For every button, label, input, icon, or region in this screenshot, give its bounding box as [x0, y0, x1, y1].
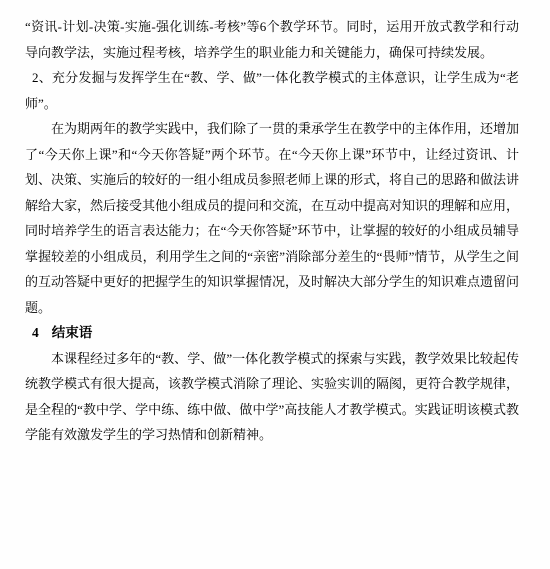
heading-number: 4	[32, 325, 39, 340]
document-page: “资讯-计划-决策-实施-强化训练-考核”等6个教学环节。同时，运用开放式教学和…	[0, 0, 550, 569]
paragraph-two-year-practice: 在为期两年的教学实践中，我们除了一贯的秉承学生在教学中的主体作用，还增加了“今天…	[25, 116, 519, 320]
document-text-area: “资讯-计划-决策-实施-强化训练-考核”等6个教学环节。同时，运用开放式教学和…	[25, 14, 519, 448]
paragraph-student-subject: 2、充分发掘与发挥学生在“教、学、做”一体化教学模式的主体意识，让学生成为“老师…	[25, 65, 519, 116]
paragraph-teaching-links: “资讯-计划-决策-实施-强化训练-考核”等6个教学环节。同时，运用开放式教学和…	[25, 14, 519, 65]
heading-title: 结束语	[52, 325, 93, 340]
paragraph-conclusion: 本课程经过多年的“教、学、做”一体化教学模式的探索与实践，教学效果比较起传统教学…	[25, 346, 519, 448]
section-heading-conclusion: 4结束语	[25, 320, 519, 346]
